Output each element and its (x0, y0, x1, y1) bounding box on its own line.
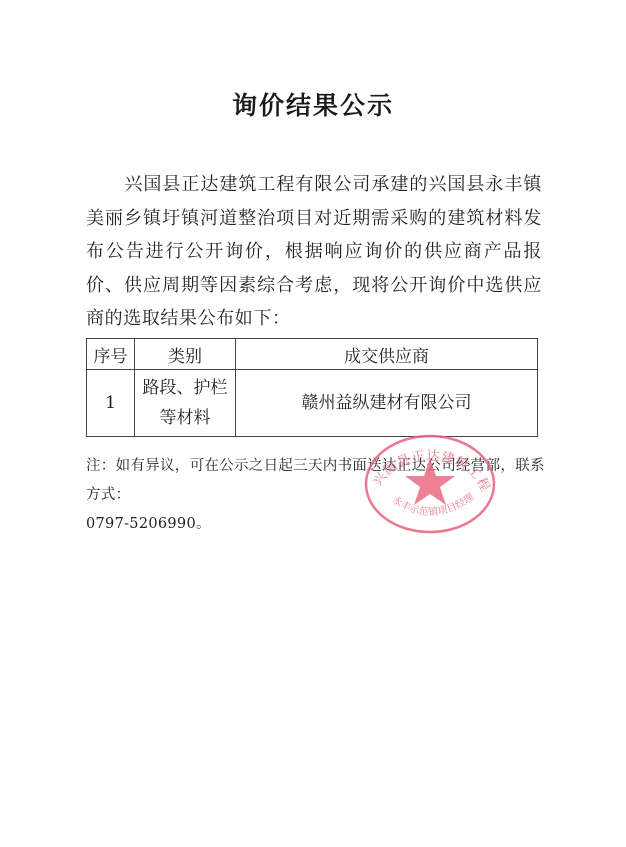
company-seal-icon: 兴国县正达建筑工程有限公司 永丰示范镇项目经理部 (360, 430, 500, 538)
table-row: 1 路段、护栏 等材料 赣州益纵建材有限公司 (87, 370, 538, 437)
header-index: 序号 (87, 339, 135, 370)
cell-supplier: 赣州益纵建材有限公司 (236, 370, 538, 437)
header-supplier: 成交供应商 (236, 339, 538, 370)
table-header-row: 序号 类别 成交供应商 (87, 339, 538, 370)
page-title: 询价结果公示 (0, 86, 626, 122)
cell-index: 1 (87, 370, 135, 437)
body-text: 兴国县正达建筑工程有限公司承建的兴国县永丰镇美丽乡镇圩镇河道整治项目对近期需采购… (86, 174, 542, 329)
category-line-1: 路段、护栏 (135, 373, 235, 403)
body-paragraph: 兴国县正达建筑工程有限公司承建的兴国县永丰镇美丽乡镇圩镇河道整治项目对近期需采购… (86, 168, 542, 336)
header-category: 类别 (135, 339, 236, 370)
category-line-2: 等材料 (135, 403, 235, 433)
cell-category: 路段、护栏 等材料 (135, 370, 236, 437)
result-table: 序号 类别 成交供应商 1 路段、护栏 等材料 赣州益纵建材有限公司 (86, 338, 538, 437)
